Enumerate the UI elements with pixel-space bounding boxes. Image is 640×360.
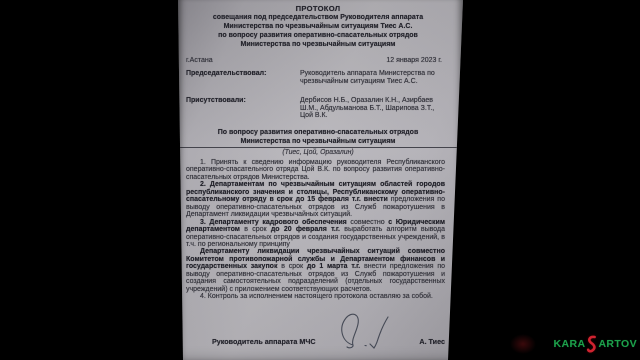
watermark-text-left: KARA [554,338,586,350]
document-paragraph: Департаменту ликвидации чрезвычайных сит… [186,248,445,293]
channel-watermark: KARA ARTOV [554,335,638,353]
document-title-line: совещания под председательством Руководи… [184,14,452,23]
watermark-glow [510,334,536,354]
subject-line: По вопросу развития оперативно-спасатель… [182,129,454,138]
document-title-line: по вопросу развития оперативно-спасатель… [184,32,452,41]
signer-position: Руководитель аппарата МЧС [212,337,316,346]
subject-underline [180,147,458,148]
red-s-flame-icon [586,335,597,353]
watermark-text-right: ARTOV [598,338,637,350]
attendees-value: Дербисов Н.Б., Оразалин К.Н., Азирбаев Ш… [300,97,440,120]
attendees-label: Присутствовали: [186,97,246,105]
signer-name: А. Тиес [419,337,445,346]
subject-heading: По вопросу развития оперативно-спасатель… [182,129,454,146]
date-label: 12 января 2023 г. [386,57,442,64]
handwritten-signature [332,304,402,358]
place-date-row: г.Астана 12 января 2023 г. [186,57,442,64]
document-paragraph: 1. Принять к сведению информацию руковод… [186,159,445,181]
document-paragraph: 3. Департаменту кадрового обеспечения со… [186,219,445,249]
video-frame: ПРОТОКОЛ совещания под председательством… [0,0,640,360]
document-paragraph: 4. Контроль за исполнением настоящего пр… [186,293,445,300]
document-title-line: Министерства по чрезвычайным ситуациям [184,41,452,50]
place-label: г.Астана [186,57,213,64]
document-title: ПРОТОКОЛ [184,5,452,14]
chairman-label: Председательствовал: [186,70,266,78]
scanned-document-photo: ПРОТОКОЛ совещания под председательством… [176,0,464,360]
document-content: ПРОТОКОЛ совещания под председательством… [176,0,464,360]
document-header: ПРОТОКОЛ совещания под председательством… [184,5,452,50]
document-body: 1. Принять к сведению информацию руковод… [186,159,445,301]
chairman-row: Председательствовал: Руководитель аппара… [186,70,445,85]
attendees-row: Присутствовали: Дербисов Н.Б., Оразалин … [186,97,445,120]
subject-speakers: (Тиес, Цой, Оразалин) [182,149,454,156]
signature-block: Руководитель аппарата МЧС А. Тиес [186,337,445,346]
chairman-value: Руководитель аппарата Министерства по чр… [300,70,448,85]
document-paragraph: 2. Департаментам по чрезвычайным ситуаци… [186,181,445,218]
subject-line: Министерства по чрезвычайным ситуациям [182,138,454,147]
document-title-line: Министерства по чрезвычайным ситуациям Т… [184,23,452,32]
